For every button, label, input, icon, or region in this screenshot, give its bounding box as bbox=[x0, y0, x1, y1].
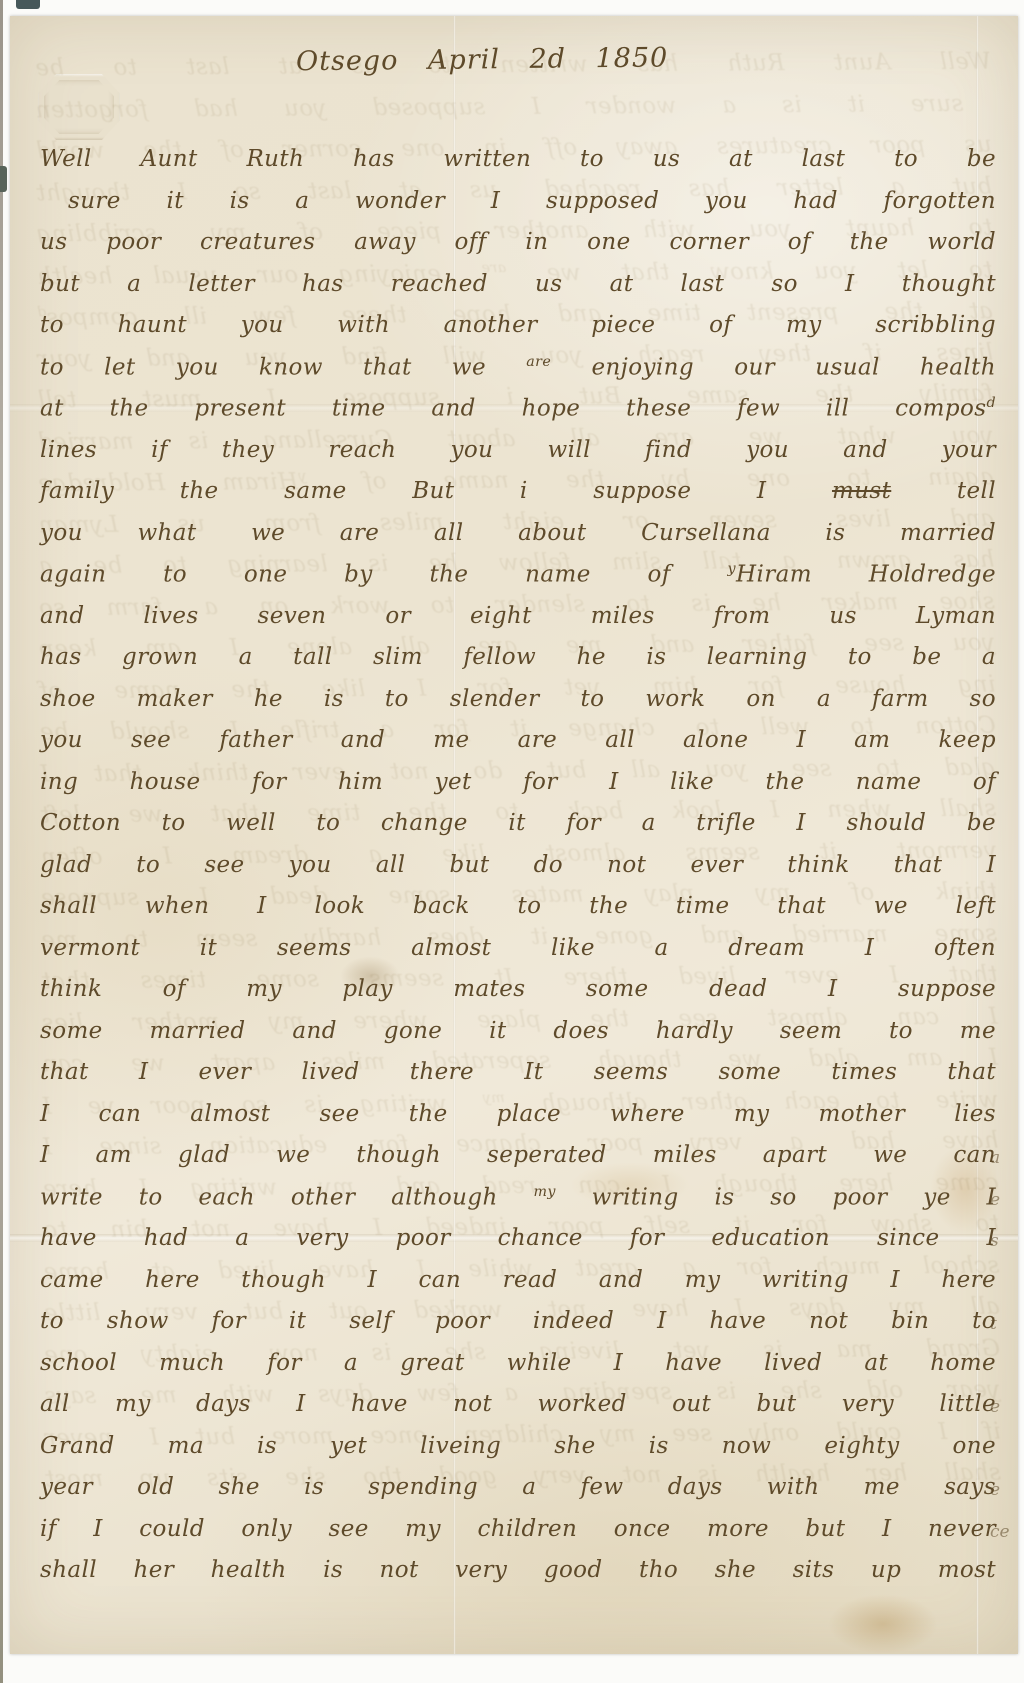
letter-line: that I ever lived there It seems some ti… bbox=[40, 1059, 996, 1101]
letter-line: shoe maker he is to slender to work on a… bbox=[40, 686, 996, 728]
letter-line: if I could only see my children once mor… bbox=[40, 1516, 996, 1558]
letter-line: Cotton to well to change it for a trifle… bbox=[40, 810, 996, 852]
letter-line: vermont it seems almost like a dream I o… bbox=[40, 935, 996, 977]
margin-bleed-mark: e bbox=[990, 1190, 1016, 1210]
margin-bleed-mark: ce bbox=[990, 1522, 1016, 1542]
letter-line: some married and gone it does hardly see… bbox=[40, 1018, 996, 1060]
letter-line: came here though I can read and my writi… bbox=[40, 1267, 996, 1309]
letter-line: I am glad we though seperated miles apar… bbox=[40, 1142, 996, 1184]
paper-stain bbox=[828, 1594, 938, 1654]
letter-line: year old she is spending a few days with… bbox=[40, 1474, 996, 1516]
letter-line: to haunt you with another piece of my sc… bbox=[40, 312, 996, 354]
letter-line: you what we are all about Cursellana is … bbox=[40, 520, 996, 562]
letter-line: to let you know that we are enjoying our… bbox=[40, 354, 996, 396]
letter-line: lines if they reach you will find you an… bbox=[40, 437, 996, 479]
margin-bleed-mark: a bbox=[990, 1148, 1016, 1168]
letter-line: has grown a tall slim fellow he is learn… bbox=[40, 644, 996, 686]
letter-line: think of my play mates some dead I suppo… bbox=[40, 976, 996, 1018]
letter-line: glad to see you all but do not ever thin… bbox=[40, 852, 996, 894]
letter-line: school much for a great while I have liv… bbox=[40, 1350, 996, 1392]
letter-line: write to each other although my writing … bbox=[40, 1184, 996, 1226]
margin-bleed-mark: t bbox=[990, 1314, 1016, 1334]
letter-dateline: Otsego April 2d 1850 bbox=[296, 42, 736, 78]
letter-line: I can almost see the place where my moth… bbox=[40, 1101, 996, 1143]
letter-line: Well Aunt Ruth has written to us at last… bbox=[40, 146, 996, 188]
letter-line: Grand ma is yet liveing she is now eight… bbox=[40, 1433, 996, 1475]
letter-line: shall when I look back to the time that … bbox=[40, 893, 996, 935]
letter-line: sure it is a wonder I supposed you had f… bbox=[40, 188, 996, 230]
margin-bleed-mark: s bbox=[990, 1231, 1016, 1251]
letter-line: us poor creatures away off in one corner… bbox=[40, 229, 996, 271]
letter-line: and lives seven or eight miles from us L… bbox=[40, 603, 996, 645]
binder-clip-artifact bbox=[0, 166, 7, 192]
letter-paper: Well Aunt Ruth has written to us at last… bbox=[10, 16, 1018, 1654]
letter-line: to show for it self poor indeed I have n… bbox=[40, 1308, 996, 1350]
margin-bleed-mark: e bbox=[990, 1397, 1016, 1417]
letter-line: have had a very poor chance for educatio… bbox=[40, 1225, 996, 1267]
letter-line: ing house for him yet for I like the nam… bbox=[40, 769, 996, 811]
scan-left-edge bbox=[0, 0, 3, 1683]
letter-line: at the present time and hope these few i… bbox=[40, 395, 996, 437]
binder-clip-artifact bbox=[16, 0, 40, 9]
letter-line: shall her health is not very good tho sh… bbox=[40, 1557, 996, 1599]
margin-bleed-mark: e bbox=[990, 1480, 1016, 1500]
letter-line: all my days I have not worked out but ve… bbox=[40, 1391, 996, 1433]
letter-line: again to one by the name of yHiram Holdr… bbox=[40, 561, 996, 603]
letter-body: Well Aunt Ruth has written to us at last… bbox=[40, 146, 996, 1599]
ghost-line: sure it is a wonder I supposed you had f… bbox=[35, 90, 991, 138]
embossed-stationery-seal bbox=[38, 74, 120, 140]
letter-line: but a letter has reached us at last so I… bbox=[40, 271, 996, 313]
letter-line: family the same But i suppose I must tel… bbox=[40, 478, 996, 520]
letter-line: you see father and me are all alone I am… bbox=[40, 727, 996, 769]
